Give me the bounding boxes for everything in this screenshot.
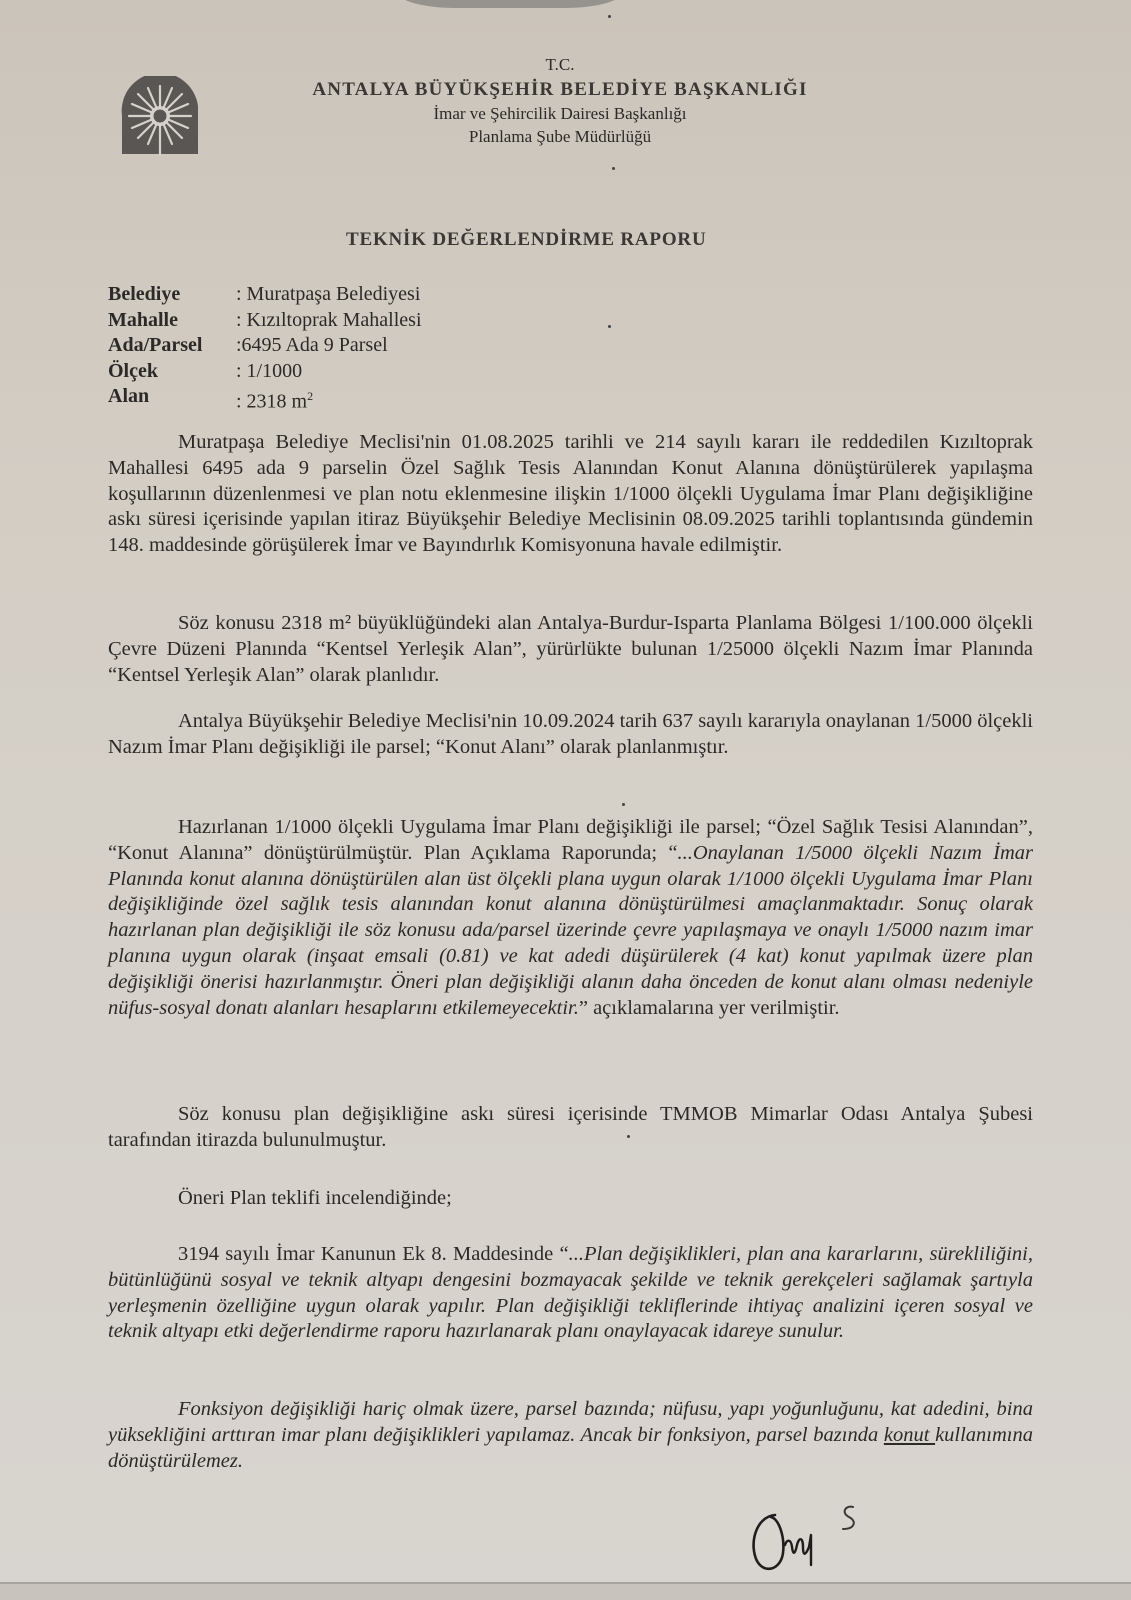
info-key: Alan	[108, 384, 236, 415]
underlined-word: konut	[884, 1424, 935, 1446]
paragraph-1: Muratpaşa Belediye Meclisi'nin 01.08.202…	[108, 430, 1033, 559]
info-row-scale: Ölçek : 1/1000	[108, 359, 422, 385]
paragraph-8: Fonksiyon değişikliği hariç olmak üzere,…	[108, 1397, 1033, 1474]
info-value: : Muratpaşa Belediyesi	[236, 282, 420, 308]
info-row-neighborhood: Mahalle : Kızıltoprak Mahallesi	[108, 308, 422, 334]
camera-shadow	[395, 0, 625, 8]
info-value: : Kızıltoprak Mahallesi	[236, 308, 422, 334]
info-row-parcel: Ada/Parsel :6495 Ada 9 Parsel	[108, 333, 422, 359]
info-row-area: Alan : 2318 m2	[108, 384, 422, 415]
signature-initials	[745, 1495, 895, 1575]
paragraph-6: Öneri Plan teklifi incelendiğinde;	[108, 1186, 1033, 1212]
paragraph-7: 3194 sayılı İmar Kanunun Ek 8. Maddesind…	[108, 1242, 1033, 1345]
info-key: Belediye	[108, 282, 236, 308]
paper-speck	[608, 15, 611, 18]
paragraph-2: Söz konusu 2318 m² büyüklüğündeki alan A…	[108, 611, 1033, 688]
letterhead: T.C. ANTALYA BÜYÜKŞEHİR BELEDİYE BAŞKANL…	[270, 56, 850, 145]
paper-speck	[627, 1135, 630, 1138]
paragraph-5: Söz konusu plan değişikliğine askı süres…	[108, 1102, 1033, 1154]
info-value: : 2318 m2	[236, 384, 313, 415]
info-row-municipality: Belediye : Muratpaşa Belediyesi	[108, 282, 422, 308]
sun-emblem-icon	[112, 76, 208, 156]
info-value: : 1/1000	[236, 359, 302, 385]
report-title: TEKNİK DEĞERLENDİRME RAPORU	[346, 229, 706, 251]
info-key: Mahalle	[108, 308, 236, 334]
letterhead-tc: T.C.	[270, 56, 850, 73]
info-key: Ölçek	[108, 359, 236, 385]
paper-speck	[612, 167, 615, 170]
paragraph-4: Hazırlanan 1/1000 ölçekli Uygulama İmar …	[108, 815, 1033, 1021]
info-value: :6495 Ada 9 Parsel	[236, 333, 388, 359]
info-key: Ada/Parsel	[108, 333, 236, 359]
letterhead-department: İmar ve Şehircilik Dairesi Başkanlığı	[270, 105, 850, 122]
quoted-explanation: ...Onaylanan 1/5000 ölçekli Nazım İmar P…	[108, 842, 1033, 1019]
letterhead-unit: Planlama Şube Müdürlüğü	[270, 128, 850, 145]
background-surface	[0, 1584, 1131, 1600]
paragraph-3: Antalya Büyükşehir Belediye Meclisi'nin …	[108, 709, 1033, 761]
letterhead-organization: ANTALYA BÜYÜKŞEHİR BELEDİYE BAŞKANLIĞI	[270, 80, 850, 99]
paper-speck	[622, 803, 625, 806]
parcel-info: Belediye : Muratpaşa Belediyesi Mahalle …	[108, 282, 422, 415]
paper-speck	[608, 325, 611, 328]
